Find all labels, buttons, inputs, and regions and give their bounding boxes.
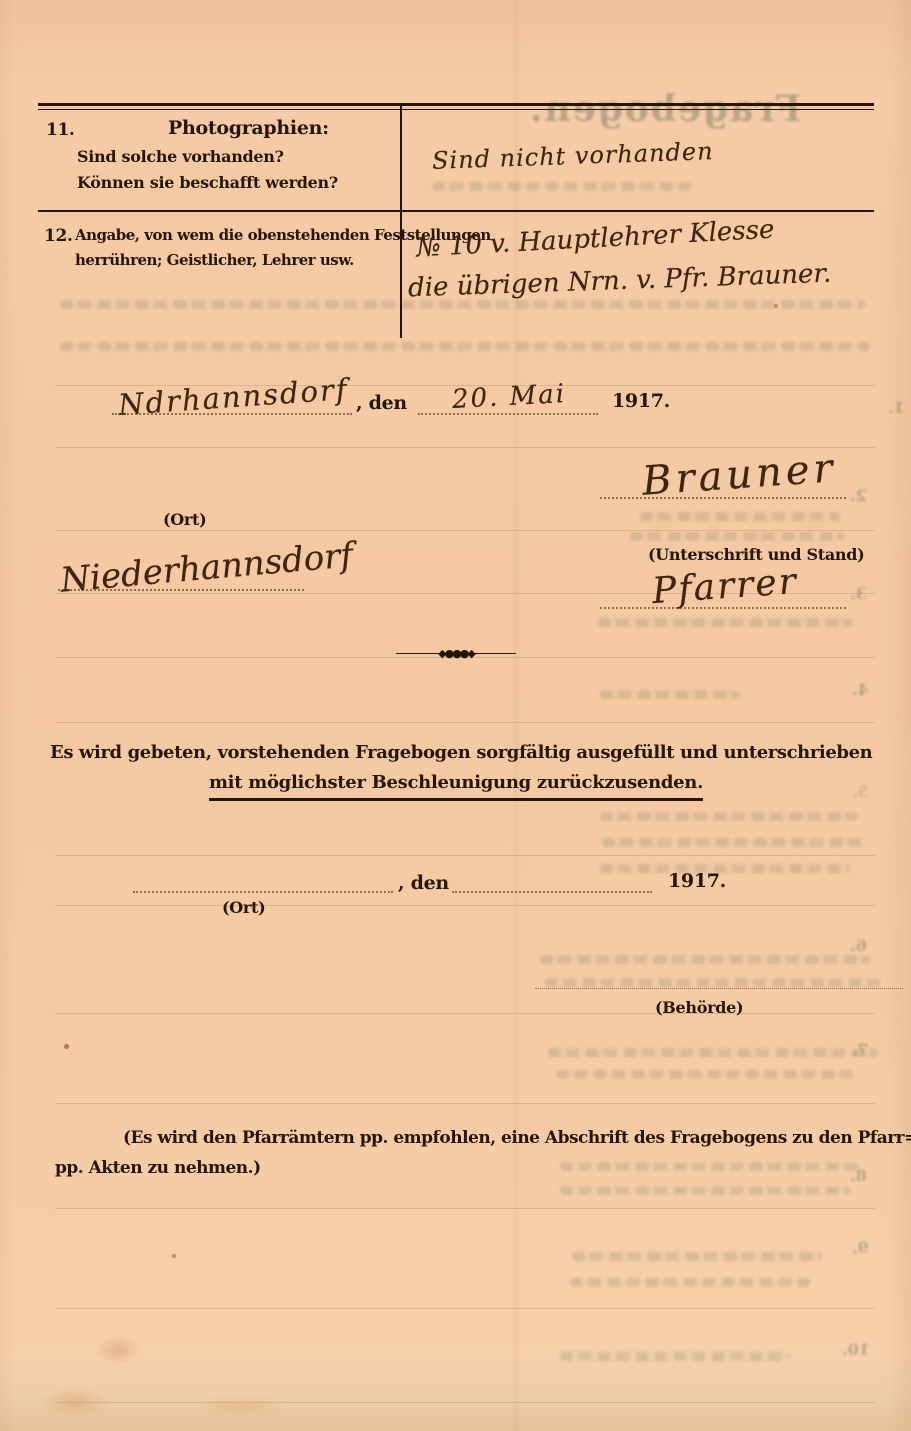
bleedthrough-text-line (432, 182, 694, 191)
paper-stain (196, 1393, 286, 1419)
paper-speck (774, 304, 778, 308)
blank-den-label: , den (398, 872, 449, 894)
blank-year: 1917. (668, 870, 726, 892)
behoerde-label: (Behörde) (655, 998, 743, 1017)
rank-handwritten: Pfarrer (651, 561, 799, 612)
bleedthrough-margin-number: 2. (850, 486, 867, 505)
notice-line2: mit möglichster Beschleunigung zurückzus… (209, 772, 703, 801)
ornament-divider: ◆●●●◆ (396, 648, 516, 659)
item12-number: 12. (44, 226, 73, 246)
bleedthrough-margin-number: 10. (842, 1340, 870, 1359)
item11-handwritten-answer: Sind nicht vorhanden (432, 137, 714, 175)
bleedthrough-rule (55, 1208, 875, 1209)
ornament-line-left (396, 653, 440, 654)
bleedthrough-text-line (600, 690, 740, 699)
unterschrift-label: (Unterschrift und Stand) (648, 545, 864, 564)
item12-question-2: herrühren; Geistlicher, Lehrer usw. (75, 251, 354, 269)
bleedthrough-margin-number: 9. (852, 1238, 869, 1257)
ornament-line-right (472, 653, 516, 654)
bleedthrough-text-line (548, 1048, 878, 1057)
bleedthrough-text-line (598, 618, 853, 627)
bleedthrough-rule (55, 1402, 875, 1403)
bleedthrough-text-line (60, 342, 870, 351)
bleedthrough-text-line (640, 512, 840, 521)
dateline-year: 1917. (612, 390, 670, 412)
bleedthrough-text-line (602, 838, 862, 847)
table-row-divider (38, 210, 874, 212)
bleedthrough-margin-number: 4. (852, 680, 869, 699)
bleedthrough-rule (55, 905, 875, 906)
bleedthrough-text-line (545, 978, 880, 987)
paper-stain (95, 1335, 141, 1365)
bleedthrough-text-line (556, 1070, 856, 1079)
dateline-den-label: , den (356, 392, 407, 414)
bleedthrough-text-line (540, 955, 870, 964)
bleedthrough-text-line (570, 1278, 810, 1287)
paper-stain (40, 1385, 110, 1419)
bleedthrough-rule (55, 530, 875, 531)
rank-fill-line (600, 607, 846, 609)
bleedthrough-margin-number: 3. (850, 584, 867, 603)
item11-heading: Photographien: (168, 117, 329, 139)
bleedthrough-text-line (560, 1162, 860, 1171)
paper-speck (64, 1044, 69, 1049)
bleedthrough-margin-number: 7. (852, 1040, 869, 1059)
item11-question-1: Sind solche vorhanden? (77, 147, 284, 166)
ort-label-blank: (Ort) (222, 898, 265, 917)
bleedthrough-margin-number: 6. (850, 936, 867, 955)
ornament-beads-icon: ◆●●●◆ (438, 648, 474, 659)
ort-label-filled: (Ort) (163, 510, 206, 529)
notice-line1: Es wird gebeten, vorstehenden Fragebogen… (50, 742, 862, 763)
bleedthrough-text-line (572, 1252, 822, 1261)
bleedthrough-rule (55, 1103, 875, 1104)
item11-number: 11. (46, 120, 75, 140)
bleedthrough-text-line (630, 532, 845, 541)
bleedthrough-margin-number: 1. (888, 398, 905, 417)
bleedthrough-text-line (560, 1186, 850, 1195)
bleedthrough-margin-number: 8. (850, 1166, 867, 1185)
item12-handwritten-answer-line2: die übrigen Nrn. v. Pfr. Brauner. (408, 259, 832, 304)
dateline-date-handwritten: 20. Mai (451, 379, 566, 415)
table-top-border-thin (38, 109, 874, 110)
bleedthrough-text-line (600, 812, 858, 821)
table-top-border-thick (38, 103, 874, 106)
item11-question-2: Können sie beschafft werden? (77, 173, 338, 192)
bleedthrough-rule (55, 722, 875, 723)
scanned-questionnaire-page: Fragebogen. 1. 2. 3. 4. 5. 6. 7. 8. 9. 1… (0, 0, 911, 1431)
bleedthrough-rule (55, 447, 875, 448)
date-fill-line (418, 413, 598, 415)
behoerde-fill-line (535, 988, 903, 989)
blank-place-fill-line (133, 891, 393, 893)
bleedthrough-text-line (560, 1352, 790, 1361)
table-column-divider (400, 104, 402, 338)
item12-handwritten-answer-line1: № 10 v. Hauptlehrer Klesse (415, 215, 775, 264)
paper-speck (172, 1254, 176, 1258)
footnote-line2: pp. Akten zu nehmen.) (55, 1158, 261, 1178)
footnote-line1: (Es wird den Pfarrämtern pp. empfohlen, … (123, 1128, 911, 1148)
blank-date-fill-line (452, 891, 652, 893)
notice-line2-wrap: mit möglichster Beschleunigung zurückzus… (50, 772, 862, 793)
signature-handwritten: Brauner (641, 445, 838, 504)
bleedthrough-rule (55, 855, 875, 856)
bleedthrough-rule (55, 1013, 875, 1014)
bleedthrough-rule (55, 1308, 875, 1309)
